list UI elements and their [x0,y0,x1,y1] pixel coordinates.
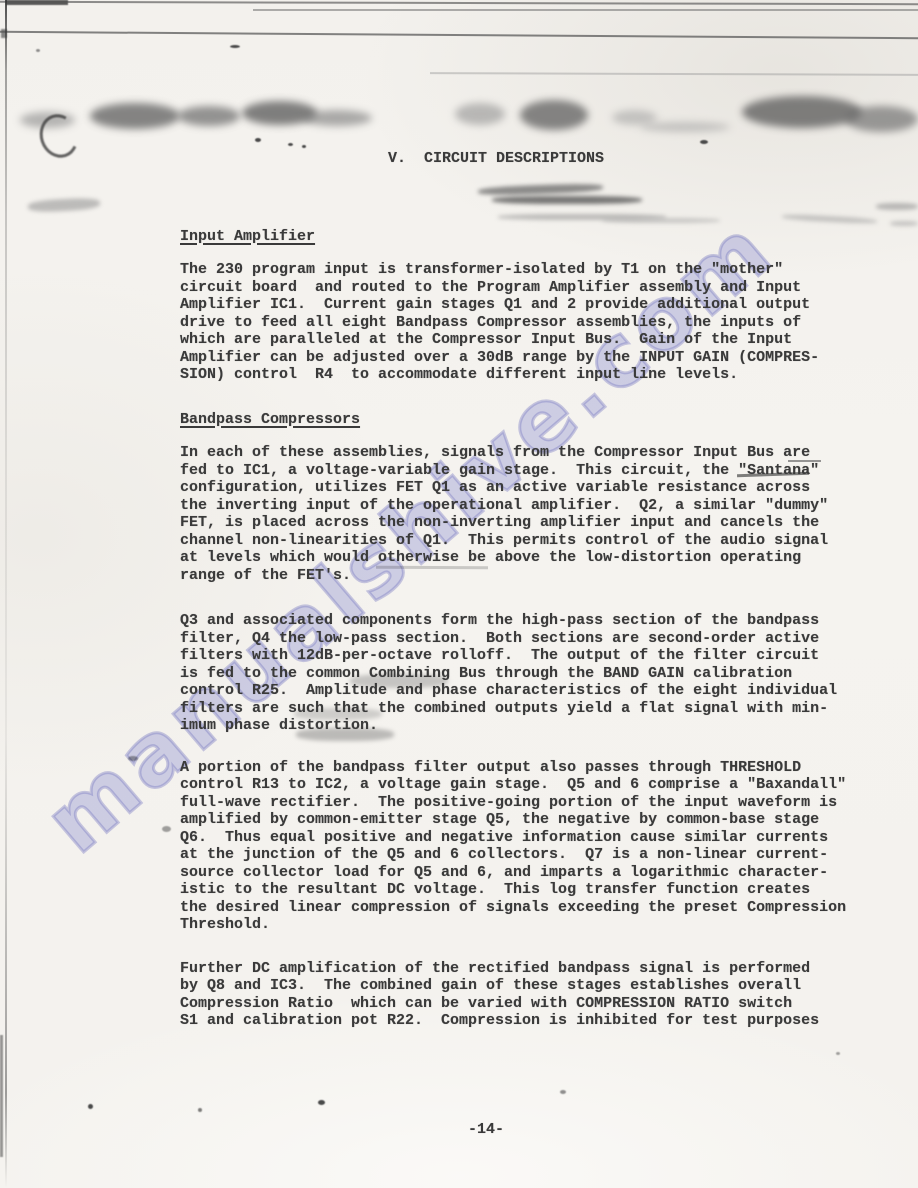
scan-speck [162,826,171,832]
paragraph-bandpass-1: In each of these assemblies, signals fro… [180,444,870,584]
scan-smudge [455,103,505,125]
page-edge-line [5,0,7,1188]
scan-smudge [90,103,180,129]
scan-speck [36,49,40,52]
scan-speck [560,1090,566,1094]
scan-line [430,72,918,75]
scan-speck [88,1104,93,1109]
section-heading-bandpass-compressors: Bandpass Compressors [180,411,360,429]
scan-smudge [640,122,730,132]
page-number: -14- [180,1121,792,1138]
scan-line [253,9,918,11]
scan-speck [836,1052,840,1055]
scan-speck [700,140,708,144]
scan-speck [255,138,261,142]
scan-line [0,1,918,5]
scan-smudge [28,197,101,213]
scan-fragment [6,0,68,5]
page-title: V. CIRCUIT DESCRIPTIONS [180,150,812,168]
scan-speck [302,145,306,148]
scan-speck [288,143,293,146]
paragraph-bandpass-4: Further DC amplification of the rectifie… [180,960,870,1030]
scan-line [0,31,918,39]
pen-mark [34,109,84,163]
scan-smudge [242,101,317,125]
scan-smudge [302,110,372,126]
scan-smudge [876,203,918,210]
scan-speck [198,1108,202,1112]
page-edge-line [0,1035,3,1157]
scan-smudge [890,221,918,226]
scan-smudge [742,96,862,128]
scan-speck [318,1100,325,1105]
section-heading-input-amplifier: Input Amplifier [180,228,315,246]
paragraph-input-amplifier: The 230 program input is transformer-iso… [180,261,870,384]
paragraph-bandpass-2: Q3 and associated components form the hi… [180,612,870,735]
scan-smudge [20,112,75,128]
scan-speck [128,756,138,761]
scan-smudge [178,106,240,126]
scan-smudge [845,106,918,132]
document-body: V. CIRCUIT DESCRIPTIONS Input Amplifier … [180,150,870,1030]
paragraph-bandpass-3: A portion of the bandpass filter output … [180,759,870,934]
scan-smudge [612,110,657,125]
scan-smudge [520,100,588,130]
scanned-manual-page: manualshive.com V. CIRCUIT DESCRIPTIONS … [0,0,918,1188]
scan-mark [1,29,7,38]
scan-speck [230,45,240,48]
